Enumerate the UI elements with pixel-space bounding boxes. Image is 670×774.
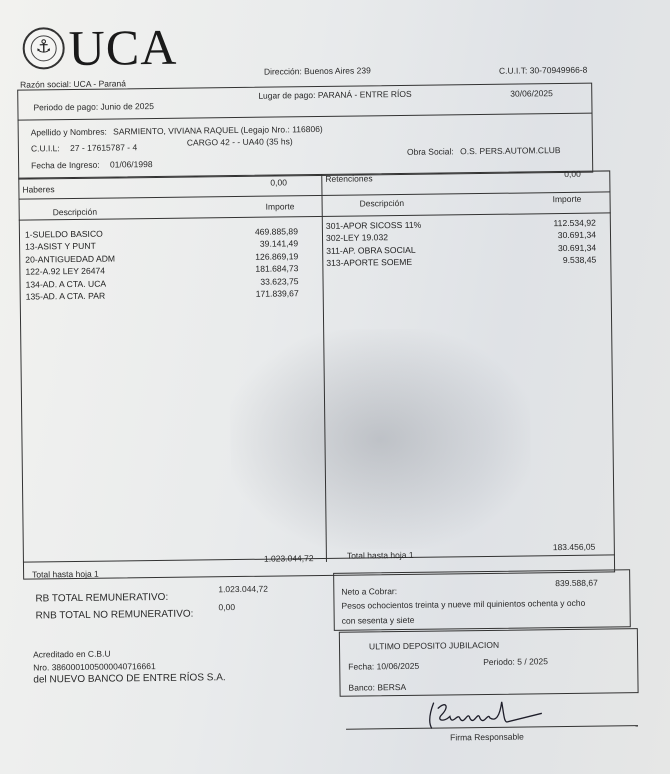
haberes-col-importe: Importe [266, 201, 295, 211]
uca-logo: ⚓ UCA [22, 22, 177, 74]
uca-seal-icon: ⚓ [22, 27, 65, 70]
rnb-label: RNB TOTAL NO REMUNERATIVO: [36, 609, 194, 622]
rb-label: RB TOTAL REMUNERATIVO: [35, 592, 168, 605]
neto-words-line2: con sesenta y siete [342, 615, 415, 626]
cargo: CARGO 42 - - UA40 (35 hs) [187, 136, 293, 147]
logo-text: UCA [68, 22, 177, 73]
cbu-bank: del NUEVO BANCO DE ENTRE RÍOS S.A. [33, 672, 225, 685]
cuil-row: C.U.I.L: 27 - 17615787 - 4 [31, 142, 137, 153]
firma-label: Firma Responsable [450, 732, 524, 743]
cuil-value: 27 - 17615787 - 4 [70, 142, 137, 153]
jubilacion-periodo: Periodo: 5 / 2025 [483, 656, 548, 667]
haberes-top-value: 0,00 [270, 177, 287, 187]
cuit: C.U.I.T: 30-70949966-8 [499, 65, 587, 76]
neto-label: Neto a Cobrar: [341, 586, 397, 597]
cuil-label: C.U.I.L: [31, 143, 60, 153]
haberes-list: 1-SUELDO BASICO469.885,89 13-ASIST Y PUN… [25, 225, 299, 303]
rnb-value: 0,00 [218, 602, 235, 612]
ingreso-value: 01/06/1998 [110, 159, 153, 170]
ingreso-label: Fecha de Ingreso: [31, 160, 100, 171]
jubilacion-title: ULTIMO DEPOSITO JUBILACION [369, 640, 499, 652]
obra-social-label: Obra Social: [407, 146, 454, 157]
retenciones-total-value: 183.456,05 [553, 542, 596, 553]
retenciones-top-value: 0,00 [564, 169, 581, 179]
ingreso-row: Fecha de Ingreso: 01/06/1998 [31, 159, 153, 170]
periodo-pago: Periodo de pago: Junio de 2025 [33, 101, 154, 112]
haberes-total-label: Total hasta hoja 1 [32, 569, 99, 580]
rb-value: 1.023.044,72 [218, 584, 268, 595]
jubilacion-banco: Banco: BERSA [348, 682, 406, 693]
nombre-label: Apellido y Nombres: [31, 127, 107, 138]
haberes-col-desc: Descripción [53, 207, 98, 218]
fecha-pago: 30/06/2025 [510, 88, 553, 99]
retenciones-total-label: Total hasta hoja 1 [347, 550, 414, 561]
cbu-number: Nro. 3860001005000040716661 [33, 661, 156, 672]
retenciones-title: Retenciones [325, 173, 372, 184]
neto-value: 839.588,67 [555, 578, 598, 589]
retenciones-col-importe: Importe [553, 194, 582, 204]
cbu-line1: Acreditado en C.B.U [33, 649, 111, 660]
retenciones-col-desc: Descripción [360, 198, 405, 209]
payslip-document: ⚓ UCA Razón social: UCA - Paraná Direcci… [0, 0, 670, 774]
haberes-total-value: 1.023.044,72 [264, 553, 314, 564]
jubilacion-fecha: Fecha: 10/06/2025 [348, 661, 419, 672]
lugar-pago: Lugar de pago: PARANÁ - ENTRE RÍOS [258, 89, 412, 101]
obra-social-value: O.S. PERS.AUTOM.CLUB [460, 145, 561, 156]
direccion: Dirección: Buenos Aires 239 [264, 65, 371, 76]
haberes-title: Haberes [22, 184, 54, 194]
obra-social-row: Obra Social: O.S. PERS.AUTOM.CLUB [407, 145, 561, 157]
retenciones-list: 301-APOR SICOSS 11%112.534,92 302-LEY 19… [326, 217, 597, 270]
